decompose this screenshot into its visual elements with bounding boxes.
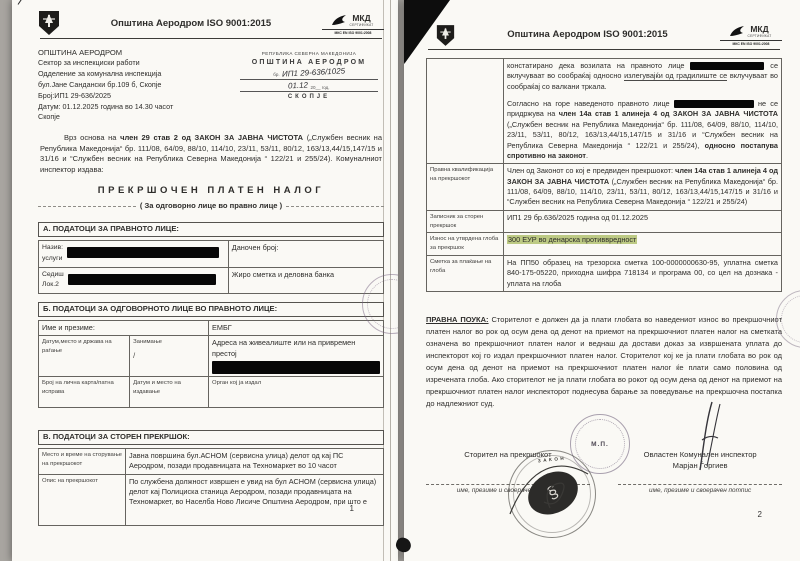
redacted-address bbox=[212, 361, 380, 374]
section-a-header: А. ПОДАТОЦИ ЗА ПРАВНОТО ЛИЦЕ: bbox=[38, 222, 384, 237]
entity-name-label-2: услуги bbox=[42, 254, 63, 265]
entity-name-cell: Назив: услуги bbox=[39, 240, 229, 267]
person-name-label: Име и презиме: bbox=[42, 323, 95, 332]
document-title: ПРЕКРШОЧЕН ПЛАТЕН НАЛОГ bbox=[38, 184, 384, 197]
record-label-cell: Записник за сторен прекршок bbox=[427, 210, 504, 233]
redacted-entity-seat bbox=[68, 274, 216, 285]
page-header: Општина Аеродром ISO 9001:2015 МКД СЕРТИ… bbox=[426, 24, 782, 47]
table-row: Име и презиме: ЕМБГ bbox=[39, 321, 384, 336]
entity-seat-label: Седиш bbox=[42, 270, 64, 281]
occupation-cell: Занимање / bbox=[130, 336, 209, 377]
finding-paragraph: констатирано дека возилата на правното л… bbox=[507, 61, 778, 92]
offense-table: Место и време на сторување на прекршокот… bbox=[38, 448, 384, 526]
sender-line: Број:ИП1 29-636/2025 bbox=[38, 91, 173, 102]
record-value-cell: ИП1 29 бр.636/2025 година од 01.12.2025 bbox=[504, 210, 782, 233]
redacted-entity-name bbox=[690, 62, 764, 70]
id-card-cell: Број на лична карта/патна исправа bbox=[39, 377, 130, 408]
offender-signature-scribble bbox=[500, 444, 600, 544]
redacted-entity-name bbox=[674, 100, 754, 108]
birth-cell: Датум,место и држава на раѓање bbox=[39, 336, 130, 377]
embg-label: ЕМБГ bbox=[212, 323, 232, 332]
entity-name-label: Назив: bbox=[42, 243, 63, 254]
receipt-year-suffix: 20__ год. bbox=[310, 85, 329, 91]
address-cell: Адреса на живеалиште или на привремен пр… bbox=[209, 336, 384, 377]
tax-number-cell: Даночен број: bbox=[228, 240, 383, 267]
mkd-cert-text: СЕРТИФИКАТ bbox=[349, 23, 373, 28]
document-subtitle: ( За одговорно лице во правно лице ) bbox=[140, 201, 282, 212]
embg-cell: ЕМБГ bbox=[209, 321, 384, 336]
bank-account-label: Жиро сметка и деловна банка bbox=[232, 270, 334, 279]
offense-place-value-cell: Јавна површина бул.АСНОМ (сервисна улица… bbox=[126, 448, 384, 474]
finding-underlined: излегувајќи од градилиште се bbox=[624, 71, 727, 81]
table-row: Сметка за плаќање на глоба На ПП50 образ… bbox=[427, 256, 782, 292]
mkd-logo-text: МКД bbox=[747, 25, 771, 34]
receipt-stamp-municipality: ОПШТИНА АЕРОДРОМ bbox=[240, 58, 378, 68]
inspector-signature-scribble bbox=[682, 400, 742, 472]
section-b-header: Б. ПОДАТОЦИ ЗА ОДГОВОРНОТО ЛИЦЕ ВО ПРАВН… bbox=[38, 302, 384, 317]
issuing-organ-cell: Орган кој ја издал bbox=[209, 377, 384, 408]
table-row: Датум,место и држава на раѓање Занимање … bbox=[39, 336, 384, 377]
fine-amount-value-cell: 300 ЕУР во денарска противвредност bbox=[504, 233, 782, 256]
page-title: Општина Аеродром ISO 9001:2015 bbox=[60, 17, 322, 36]
intro-law-reference: член 29 став 2 од ЗАКОН ЗА ЈАВНА ЧИСТОТА bbox=[120, 133, 303, 142]
municipal-coat-of-arms-icon bbox=[436, 24, 455, 47]
leaf-swoosh-icon bbox=[730, 26, 745, 37]
document-page-1: Општина Аеродром ISO 9001:2015 МКД СЕРТИ… bbox=[12, 0, 398, 561]
fine-amount-label-cell: Износ на утврдена глоба за прекршок bbox=[427, 233, 504, 256]
page-title: Општина Аеродром ISO 9001:2015 bbox=[455, 28, 720, 47]
entity-seat-cell: Седиш Лок.2 bbox=[39, 267, 229, 294]
document-page-2: Општина Аеродром ISO 9001:2015 МКД СЕРТИ… bbox=[404, 0, 800, 561]
finding-pre: констатирано дека возилата на правното л… bbox=[507, 61, 684, 70]
legal-basis-paragraph: Врз основа на член 29 став 2 од ЗАКОН ЗА… bbox=[40, 133, 382, 176]
receipt-number-prefix: бр. bbox=[273, 72, 279, 78]
offense-desc-label-cell: Опис на прекршокот bbox=[39, 474, 126, 525]
sender-line: Скопје bbox=[38, 112, 173, 123]
table-row: Правна квалификација на прекршокот Член … bbox=[427, 164, 782, 210]
scanned-document: { "shared": { "header_title": "Општина А… bbox=[0, 0, 800, 561]
sender-line: бул.Јане Сандански бр.109 б, Скопје bbox=[38, 80, 173, 91]
mkd-logo-text: МКД bbox=[349, 14, 373, 23]
responsible-person-table: Име и презиме: ЕМБГ Датум,место и држава… bbox=[38, 320, 384, 408]
issue-date-cell: Датум и место на издавање bbox=[130, 377, 209, 408]
legal-remedy-paragraph: ПРАВНА ПОУКА: Сторителот е должен да ја … bbox=[426, 314, 782, 410]
sender-line: Датум: 01.12.2025 година во 14.30 часот bbox=[38, 102, 173, 113]
header-divider bbox=[428, 49, 780, 50]
qualification-pre: Член од Законот со кој е предвиден прекр… bbox=[507, 166, 675, 175]
address-label: Адреса на живеалиште или на привремен пр… bbox=[212, 338, 380, 359]
sender-address-block: ОПШТИНА АЕРОДРОМ Сектор за инспекциски р… bbox=[38, 47, 173, 123]
table-row: Износ на утврдена глоба за прекршок 300 … bbox=[427, 233, 782, 256]
subtitle-dash-left bbox=[38, 206, 136, 207]
table-row: констатирано дека возилата на правното л… bbox=[427, 59, 782, 164]
highlighted-fine-amount: 300 ЕУР во денарска противвредност bbox=[507, 235, 637, 244]
section-v-header: В. ПОДАТОЦИ ЗА СТОРЕН ПРЕКРШОК: bbox=[38, 430, 384, 445]
municipal-coat-of-arms-icon bbox=[38, 10, 60, 36]
continuation-empty-label-cell bbox=[427, 59, 504, 164]
legal-remedy-text: Сторителот е должен да ја плати глобата … bbox=[426, 315, 782, 408]
page-header: Општина Аеродром ISO 9001:2015 МКД СЕРТИ… bbox=[38, 10, 384, 36]
handwritten-date: 01.12 bbox=[288, 79, 309, 91]
payment-account-label-cell: Сметка за плаќање на глоба bbox=[427, 256, 504, 292]
legal-entity-table: Назив: услуги Даночен број: Седиш Лок.2 bbox=[38, 240, 384, 295]
table-row: Седиш Лок.2 Жиро сметка и деловна банка bbox=[39, 267, 384, 294]
table-row: Место и време на сторување на прекршокот… bbox=[39, 448, 384, 474]
occupation-label: Занимање bbox=[133, 338, 205, 347]
offense-desc-value-cell: По службена должност извршен е увид на б… bbox=[126, 474, 384, 525]
handwritten-case-number: ИП1 29-636/1025 bbox=[281, 66, 345, 81]
signature-caption: име, презиме и своерачен потпис bbox=[618, 486, 782, 495]
mkd-certificate-logo: МКД СЕРТИФИКАТ МКС EN ISO 9001:2008 bbox=[720, 25, 782, 47]
page-number: 2 bbox=[758, 510, 762, 519]
sender-line: Сектор за инспекциски работи bbox=[38, 58, 173, 69]
leaf-swoosh-icon bbox=[332, 15, 347, 26]
sender-line: Одделение за комунална инспекција bbox=[38, 69, 173, 80]
mkd-certificate-logo: МКД СЕРТИФИКАТ МКС EN ISO 9001:2008 bbox=[322, 14, 384, 36]
table-row: Опис на прекршокот По службена должност … bbox=[39, 474, 384, 525]
mkd-cert-text: СЕРТИФИКАТ bbox=[747, 34, 771, 39]
mkd-iso-text: МКС EN ISO 9001:2008 bbox=[720, 40, 782, 47]
page-number: 1 bbox=[350, 504, 354, 513]
continuation-text-cell: констатирано дека возилата на правното л… bbox=[504, 59, 782, 164]
qualification-label-cell: Правна квалификација на прекршокот bbox=[427, 164, 504, 210]
occupation-value: / bbox=[133, 351, 205, 362]
redacted-entity-name bbox=[67, 247, 219, 258]
subtitle-dash-right bbox=[286, 206, 384, 207]
conclusion-paragraph: Согласно на горе наведеното правното лиц… bbox=[507, 99, 778, 161]
tax-number-label: Даночен број: bbox=[232, 243, 279, 252]
sender-line: ОПШТИНА АЕРОДРОМ bbox=[38, 47, 173, 58]
payment-account-value-cell: На ПП50 образец на трезорска сметка 100-… bbox=[504, 256, 782, 292]
person-name-cell: Име и презиме: bbox=[39, 321, 209, 336]
bank-account-cell: Жиро сметка и деловна банка bbox=[228, 267, 383, 294]
receipt-stamp: РЕПУБЛИКА СЕВЕРНА МАКЕДОНИЈА ОПШТИНА АЕР… bbox=[240, 51, 378, 123]
header-divider bbox=[40, 38, 382, 39]
document-subtitle-row: ( За одговорно лице во правно лице ) bbox=[38, 201, 384, 212]
table-row: Записник за сторен прекршок ИП1 29 бр.63… bbox=[427, 210, 782, 233]
legal-remedy-label: ПРАВНА ПОУКА: bbox=[426, 315, 489, 324]
entity-seat-label-2: Лок.2 bbox=[42, 280, 64, 291]
table-row: Назив: услуги Даночен број: bbox=[39, 240, 384, 267]
qualification-value-cell: Член од Законот со кој е предвиден прекр… bbox=[504, 164, 782, 210]
conclusion-pre: Согласно на горе наведеното правното лиц… bbox=[507, 99, 670, 108]
conclusion-law-reference: член 14а став 1 алинеја 4 од ЗАКОН ЗА ЈА… bbox=[559, 109, 778, 118]
mkd-iso-text: МКС EN ISO 9001:2008 bbox=[322, 29, 384, 36]
intro-pre: Врз основа на bbox=[64, 133, 120, 142]
offense-place-label-cell: Место и време на сторување на прекршокот bbox=[39, 448, 126, 474]
offense-table-continued: констатирано дека возилата на правното л… bbox=[426, 58, 782, 292]
conclusion-end: . bbox=[586, 151, 588, 160]
receipt-stamp-city: СКОПЈЕ bbox=[240, 93, 378, 102]
table-row: Број на лична карта/патна исправа Датум … bbox=[39, 377, 384, 408]
